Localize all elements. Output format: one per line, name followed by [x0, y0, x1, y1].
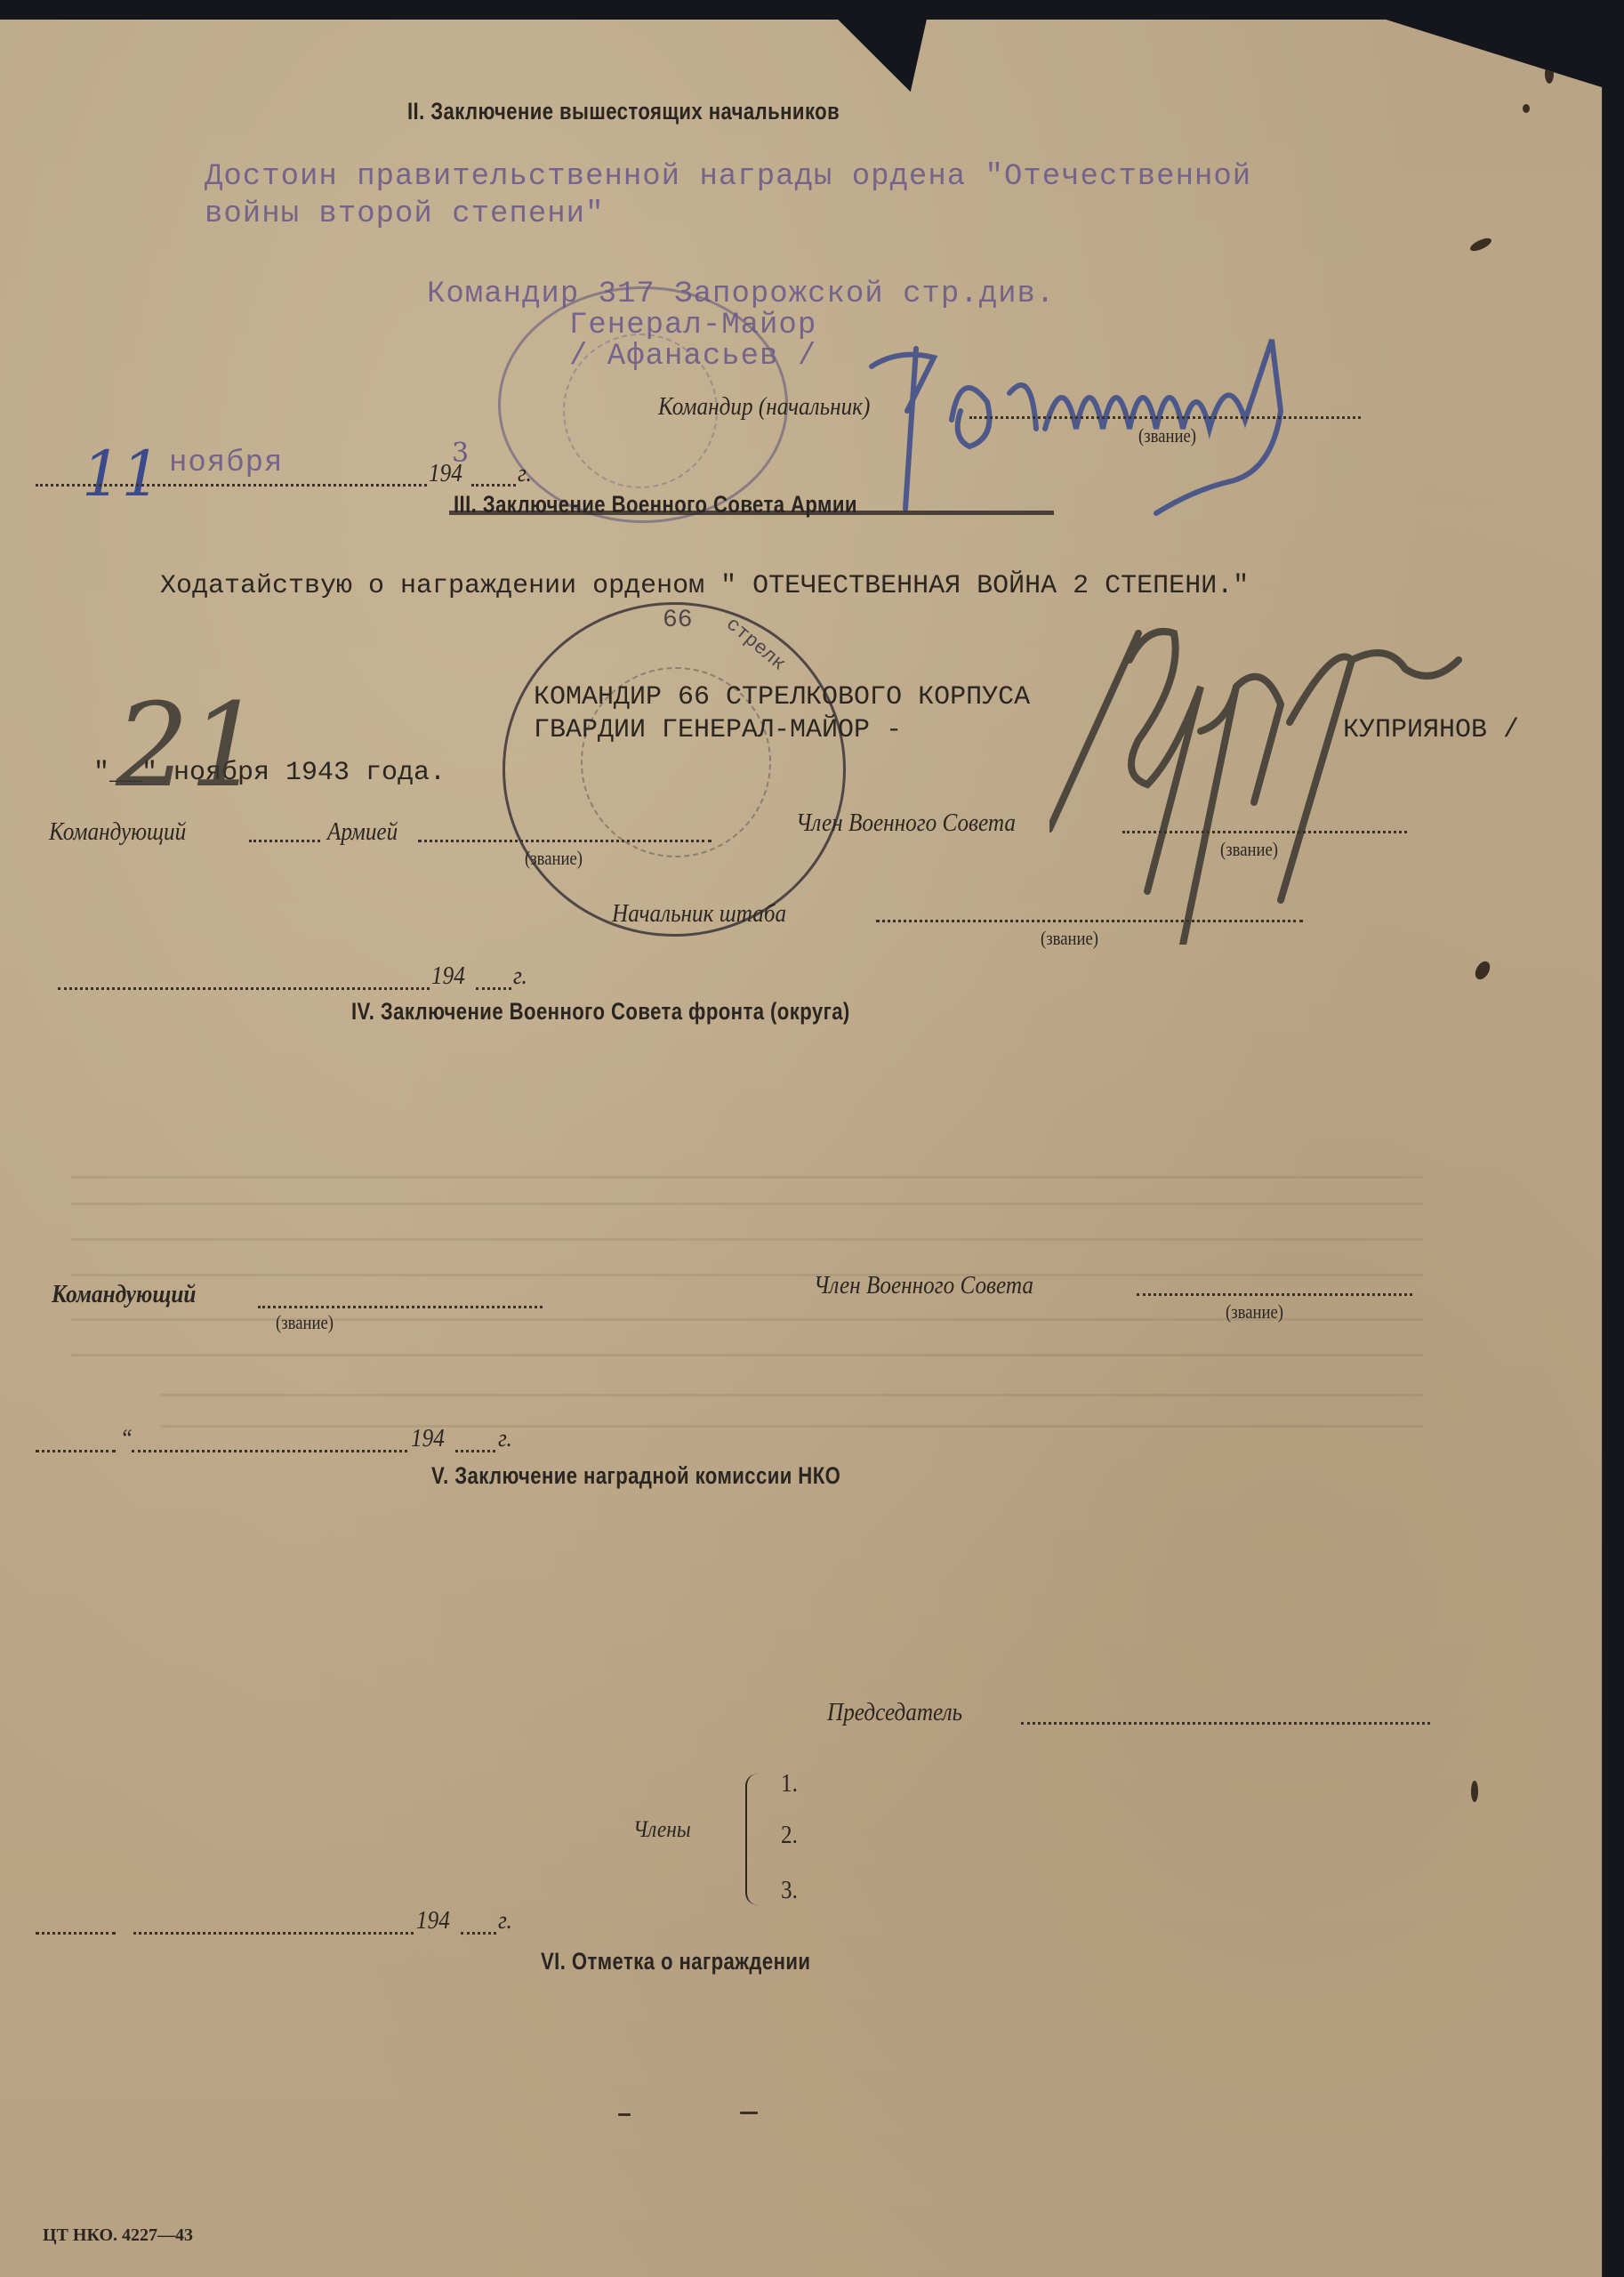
bleed-through-text: [71, 1176, 1423, 1179]
date-open-quote: “: [120, 1425, 133, 1453]
section-3-signer-position: КОМАНДИР 66 СТРЕЛКОВОГО КОРПУСА: [534, 682, 1030, 712]
section-2-signer-position: Командир 317 Запорожской стр.див.: [427, 278, 1055, 311]
date-line: [58, 987, 430, 990]
signature-line: [258, 1306, 543, 1308]
section-2-year-digit: 3: [452, 438, 469, 469]
council-member-label: Член Военного Совета: [796, 809, 1016, 838]
signature-afanasyev: [854, 313, 1361, 518]
front-commander-label: Командующий: [52, 1281, 196, 1309]
section-3-signer-rank: ГВАРДИИ ГЕНЕРАЛ-МАЙОР -: [534, 715, 902, 745]
paper-hole: [1523, 104, 1530, 113]
date-line: [36, 484, 427, 487]
section-2-conclusion-line-1: Достоин правительственной награды ордена…: [205, 160, 1251, 194]
commander-role-label: Командир (начальник): [658, 393, 870, 422]
form-code: ЦТ НКО. 4227—43: [43, 2225, 193, 2246]
handwritten-day-21: 21: [116, 678, 262, 813]
dash-mark: [740, 2112, 758, 2114]
member-1: 1.: [781, 1770, 798, 1798]
paper-tear: [1471, 1781, 1478, 1802]
bleed-through-text: [71, 1318, 1423, 1321]
dash-mark: [618, 2113, 631, 2116]
section-5-heading: V. Заключение наградной комиссии НКО: [431, 1462, 840, 1490]
paper-tear: [1468, 236, 1493, 253]
section-2-signer-rank: Генерал-Майор: [569, 309, 816, 342]
rank-caption: (звание): [525, 847, 583, 870]
section-2-date-month: ноября: [169, 447, 283, 480]
section-2-heading: II. Заключение вышестоящих начальников: [407, 98, 840, 125]
rank-caption: (звание): [1220, 838, 1278, 861]
section-3-date-year: 194: [431, 962, 465, 991]
section-4-date-year: 194: [411, 1425, 445, 1453]
bleed-through-text: [71, 1274, 1423, 1276]
date-line: [133, 1932, 414, 1935]
paper-hole: [1545, 64, 1554, 84]
rank-caption: (звание): [1138, 424, 1196, 447]
bleed-through-text: [71, 1238, 1423, 1241]
section-2-conclusion-line-2: войны второй степени": [205, 197, 604, 231]
members-brace: [745, 1774, 758, 1905]
date-line: [461, 1932, 496, 1935]
rank-caption: (звание): [276, 1311, 334, 1334]
section-3-date-g: г.: [513, 962, 527, 991]
section-3-conclusion: Ходатайствую о награждении орденом " ОТЕ…: [160, 571, 1249, 601]
rank-caption: (звание): [1041, 927, 1098, 950]
date-line: [476, 987, 511, 990]
member-2: 2.: [781, 1822, 798, 1850]
rank-line: [969, 416, 1361, 419]
heading-strikethrough: [449, 511, 1054, 515]
signature-line: [1122, 831, 1407, 833]
members-label: Члены: [633, 1816, 691, 1843]
army-commander-label: Командующий: [49, 818, 186, 847]
handwritten-day-11: 11: [82, 438, 161, 511]
section-4-date-g: г.: [498, 1425, 512, 1453]
date-line: [36, 1932, 116, 1935]
bleed-through-text: [71, 1203, 1423, 1205]
bleed-through-text: [71, 1354, 1423, 1356]
section-5-date-year: 194: [416, 1907, 450, 1935]
chairman-label: Председатель: [827, 1699, 962, 1727]
date-line: [455, 1450, 495, 1452]
section-5-date-g: г.: [498, 1907, 512, 1935]
chief-of-staff-label: Начальник штаба: [612, 900, 786, 929]
official-stamp-66-corps: [502, 602, 846, 937]
signature-line: [1137, 1293, 1412, 1296]
signature-line: [1021, 1722, 1430, 1725]
signature-kupriyanov: [1049, 607, 1476, 945]
paper-tear: [1472, 959, 1492, 982]
rank-caption: (звание): [1226, 1300, 1283, 1324]
bleed-through-text: [160, 1394, 1423, 1396]
date-line: [471, 484, 516, 487]
signature-line: [418, 840, 712, 842]
date-line: [36, 1450, 116, 1452]
section-2-date-g: г.: [518, 460, 532, 488]
front-council-member-label: Член Военного Совета: [814, 1272, 1033, 1300]
section-4-heading: IV. Заключение Военного Совета фронта (о…: [351, 998, 850, 1026]
signature-line: [249, 840, 320, 842]
section-2-signer-name: / Афанасьев /: [569, 340, 816, 374]
date-line: [132, 1450, 407, 1452]
stamp-number: 66: [663, 607, 693, 634]
signature-line: [876, 920, 1303, 922]
army-label: Армией: [327, 818, 398, 847]
section-6-heading: VI. Отметка о награждении: [541, 1948, 810, 1975]
award-document-page: II. Заключение вышестоящих начальников Д…: [0, 20, 1612, 2277]
member-3: 3.: [781, 1877, 798, 1905]
bleed-through-text: [160, 1425, 1423, 1428]
